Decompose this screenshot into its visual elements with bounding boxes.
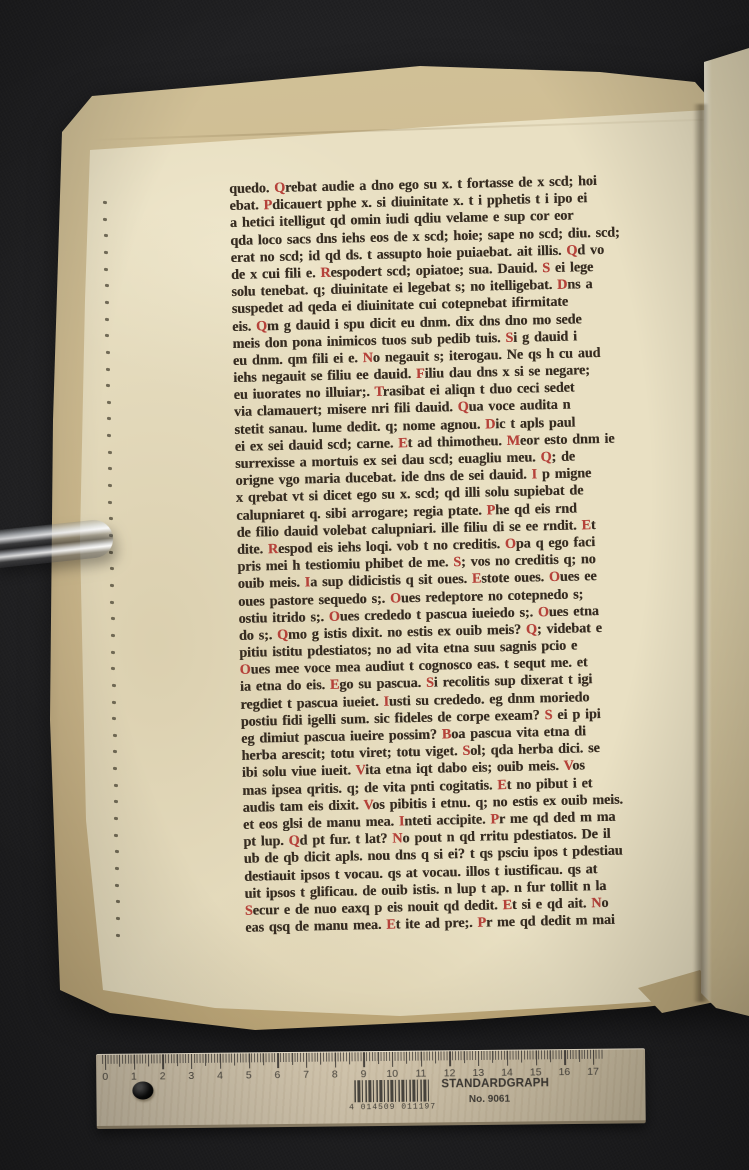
ruler-cm-tick — [363, 1052, 365, 1067]
barcode-digits: 4 014509 011197 — [345, 1102, 441, 1112]
ruler-number: 7 — [295, 1069, 317, 1081]
ruler-cm-tick — [220, 1054, 222, 1069]
ink-text: de x cui fili e. — [231, 265, 321, 283]
ruler-cm-tick — [335, 1052, 337, 1067]
ink-text: nteti accipite. — [404, 811, 490, 829]
rubric-initial: O — [390, 590, 401, 606]
ruler: 01234567891011121314151617 4 014509 0111… — [96, 1048, 646, 1129]
rubric-initial: P — [477, 915, 486, 931]
ink-text: ; de — [551, 449, 575, 466]
rubric-initial: Q — [540, 449, 551, 465]
ink-text: ei p ipi — [552, 706, 600, 723]
ink-text: eis. — [232, 318, 256, 335]
ruler-cm-tick — [392, 1052, 394, 1067]
ink-text: ol; qda herba dici. se — [470, 740, 600, 759]
pricking-mark — [116, 917, 120, 920]
ink-text: a sup didicistis q sit oues. — [310, 571, 472, 591]
ruler-half-cm-tick — [378, 1052, 379, 1064]
ink-text: ; vos no creditis q; no — [461, 551, 596, 570]
pricking-mark — [105, 301, 109, 304]
ruler-half-cm-tick — [521, 1051, 522, 1063]
pricking-mark — [110, 584, 114, 587]
pricking-mark — [114, 817, 118, 820]
pricking-mark — [106, 401, 110, 404]
pricking-mark — [106, 351, 110, 354]
rubric-initial: O — [549, 569, 560, 585]
rubric-initial: Q — [526, 621, 537, 637]
ink-text: ues ee — [560, 568, 597, 585]
ruler-cm-tick — [593, 1050, 595, 1065]
ink-text: oa pascua vita etna di — [451, 723, 586, 742]
ink-text: eor esto dnm ie — [520, 430, 615, 448]
ink-text: ua voce audita n — [468, 397, 570, 415]
ruler-half-cm-tick — [550, 1050, 551, 1062]
ruler-number: 9 — [352, 1068, 374, 1080]
pricking-mark — [110, 600, 114, 603]
ink-text: ouib meis. — [238, 575, 305, 592]
pricking-mark — [107, 434, 111, 437]
rubric-initial: P — [486, 502, 495, 518]
rubric-initial: N — [362, 350, 373, 366]
pricking-mark — [103, 201, 107, 204]
ink-text: t si e qd ait. — [512, 895, 592, 913]
pricking-mark — [111, 650, 115, 653]
ink-text: et eos glsi de manu mea. — [243, 813, 399, 832]
rubric-initial: Q — [566, 242, 577, 258]
pricking-mark — [108, 500, 112, 503]
ink-text: regdiet t pascua iueiet. — [240, 693, 383, 712]
rubric-initial: Q — [274, 180, 285, 196]
rubric-initial: R — [320, 265, 331, 281]
rubric-initial: P — [490, 811, 499, 827]
ink-text: r me qd ded m ma — [499, 809, 616, 828]
ink-text: eu iuorates no illuiar;. — [233, 384, 374, 403]
ink-text: r me qd dedit m mai — [486, 912, 615, 931]
ink-text: ; videbat e — [537, 620, 602, 637]
ink-text: i recolitis sup dixerat t igi — [434, 672, 593, 691]
ruler-half-cm-tick — [579, 1050, 580, 1062]
ink-text: he qd eis rnd — [495, 500, 577, 518]
ink-text: oues pastore sequedo s;. — [238, 590, 390, 609]
pricking-mark — [104, 251, 108, 254]
rubric-initial: O — [538, 604, 549, 620]
pricking-mark — [106, 367, 110, 370]
rubric-initial: O — [329, 608, 340, 624]
pricking-mark — [112, 717, 116, 720]
pricking-mark — [108, 484, 112, 487]
pricking-mark — [109, 550, 113, 553]
ruler-model-label: No. 9061 — [441, 1093, 537, 1105]
ruler-number: 0 — [94, 1071, 116, 1083]
pricking-mark — [112, 684, 116, 687]
ruler-half-cm-tick — [177, 1054, 178, 1066]
ruler-cm-tick — [564, 1050, 566, 1065]
ruler-number: 11 — [410, 1067, 432, 1079]
ink-text: ibi solu viue iueit. — [242, 763, 356, 781]
ink-text: t ad thimotheu. — [407, 433, 506, 451]
ink-text: iliu dau dns x si se negare; — [424, 362, 589, 382]
ruler-half-cm-tick — [492, 1051, 493, 1063]
ink-text: o — [601, 895, 608, 911]
rubric-initial: R — [268, 541, 279, 557]
barcode — [354, 1080, 430, 1103]
ruler-cm-tick — [162, 1054, 164, 1069]
ruler-number: 6 — [266, 1069, 288, 1081]
rubric-initial: Q — [256, 318, 267, 334]
rubric-initial: P — [263, 197, 272, 213]
ruler-number: 16 — [553, 1066, 575, 1078]
ruler-half-cm-tick — [435, 1051, 436, 1063]
ruler-brand-label: STANDARDGRAPH — [441, 1077, 537, 1090]
rubric-initial: E — [502, 897, 512, 913]
rubric-initial: Q — [457, 399, 468, 415]
pricking-mark — [113, 767, 117, 770]
rubric-initial: Q — [277, 627, 288, 643]
ink-text: eas qsq de manu mea. — [245, 917, 386, 936]
pricking-mark — [115, 867, 119, 870]
ink-text: os — [572, 758, 585, 774]
rubric-initial: M — [506, 433, 520, 449]
ruler-cm-tick — [421, 1052, 423, 1067]
ruler-half-cm-tick — [292, 1053, 293, 1065]
ink-text: ns a — [567, 276, 592, 293]
rubric-initial: D — [557, 277, 568, 293]
ruler-half-cm-tick — [205, 1054, 206, 1066]
pricking-mark — [104, 267, 108, 270]
ruler-number: 17 — [582, 1066, 604, 1078]
ruler-half-cm-tick — [406, 1052, 407, 1064]
ruler-half-cm-tick — [263, 1053, 264, 1065]
rubric-initial: E — [398, 435, 408, 451]
ruler-half-cm-tick — [234, 1054, 235, 1066]
pricking-mark — [105, 317, 109, 320]
pricking-mark — [114, 833, 118, 836]
pricking-mark — [112, 734, 116, 737]
ruler-number: 4 — [209, 1070, 231, 1082]
ruler-cm-tick — [134, 1055, 136, 1070]
ink-text: d vo — [577, 242, 604, 259]
ruler-half-cm-tick — [148, 1054, 149, 1066]
ruler-cm-tick — [306, 1053, 308, 1068]
pricking-mark — [111, 634, 115, 637]
rubric-initial: O — [505, 536, 516, 552]
ruler-half-cm-tick — [320, 1053, 321, 1065]
ruler-hole — [132, 1081, 153, 1099]
rubric-initial: V — [363, 797, 372, 813]
ruler-number: 3 — [180, 1070, 202, 1082]
ink-text: audis tam eis dixit. — [242, 797, 363, 816]
rubric-initial: N — [392, 830, 403, 846]
rubric-initial: B — [442, 726, 452, 742]
ruler-cm-tick — [249, 1053, 251, 1068]
ink-text: t ite ad pre;. — [395, 915, 477, 933]
pricking-mark — [107, 450, 111, 453]
ruler-number: 2 — [152, 1070, 174, 1082]
ruler-cm-tick — [277, 1053, 279, 1068]
ink-text: ostiu itrido s;. — [238, 609, 329, 627]
ruler-number: 8 — [324, 1068, 346, 1080]
ruler-cm-tick — [535, 1050, 537, 1065]
rubric-initial: E — [472, 571, 482, 587]
pricking-mark — [116, 933, 120, 936]
pricking-mark — [115, 883, 119, 886]
pricking-mark — [103, 217, 107, 220]
ink-text: pt lup. — [243, 833, 289, 850]
ink-text: ei lege — [550, 259, 594, 276]
ink-text: d pt fur. t lat? — [299, 831, 392, 849]
ruler-cm-tick — [191, 1054, 193, 1069]
ink-text: go su pascua. — [339, 675, 426, 693]
ruler-number: 10 — [381, 1068, 403, 1080]
ink-text: ic t apls paul — [495, 414, 575, 432]
rubric-initial: D — [485, 416, 496, 432]
ink-text: quedo. — [229, 180, 274, 197]
ink-text: ues etna — [549, 603, 599, 620]
ruler-cm-tick — [449, 1051, 451, 1066]
rubric-initial: O — [239, 662, 250, 678]
ink-text: ei ex sei dauid scd; carne. — [235, 435, 399, 455]
ink-text: eu dnm. qm fili ei e. — [233, 350, 363, 369]
manuscript-text: quedo. Qrebat audie a dno ego su x. t fo… — [229, 171, 718, 941]
ink-text: t no pibut i et — [506, 775, 592, 793]
ruler-half-cm-tick — [119, 1055, 120, 1067]
pricking-mark — [112, 700, 116, 703]
rubric-initial: Q — [288, 833, 299, 849]
pricking-mark — [106, 384, 110, 387]
ink-text: dite. — [237, 541, 268, 558]
ruler-number: 5 — [238, 1069, 260, 1081]
pricking-mark — [113, 783, 117, 786]
ruler-cm-tick — [507, 1051, 509, 1066]
ink-text: ebat. — [229, 197, 263, 214]
ink-text: i g dauid i — [513, 328, 577, 345]
ink-text: p migne — [537, 465, 592, 482]
ruler-cm-tick — [105, 1055, 107, 1070]
ink-text: ia etna do eis. — [240, 677, 330, 695]
ink-text: stote oues. — [481, 569, 549, 586]
ink-text: pa q ego faci — [516, 534, 596, 552]
ruler-cm-tick — [478, 1051, 480, 1066]
rubric-initial: N — [591, 895, 602, 911]
ink-text: do s;. — [239, 627, 278, 644]
ink-text: t — [591, 517, 596, 533]
ruler-half-cm-tick — [464, 1051, 465, 1063]
ruler-half-cm-tick — [349, 1052, 350, 1064]
